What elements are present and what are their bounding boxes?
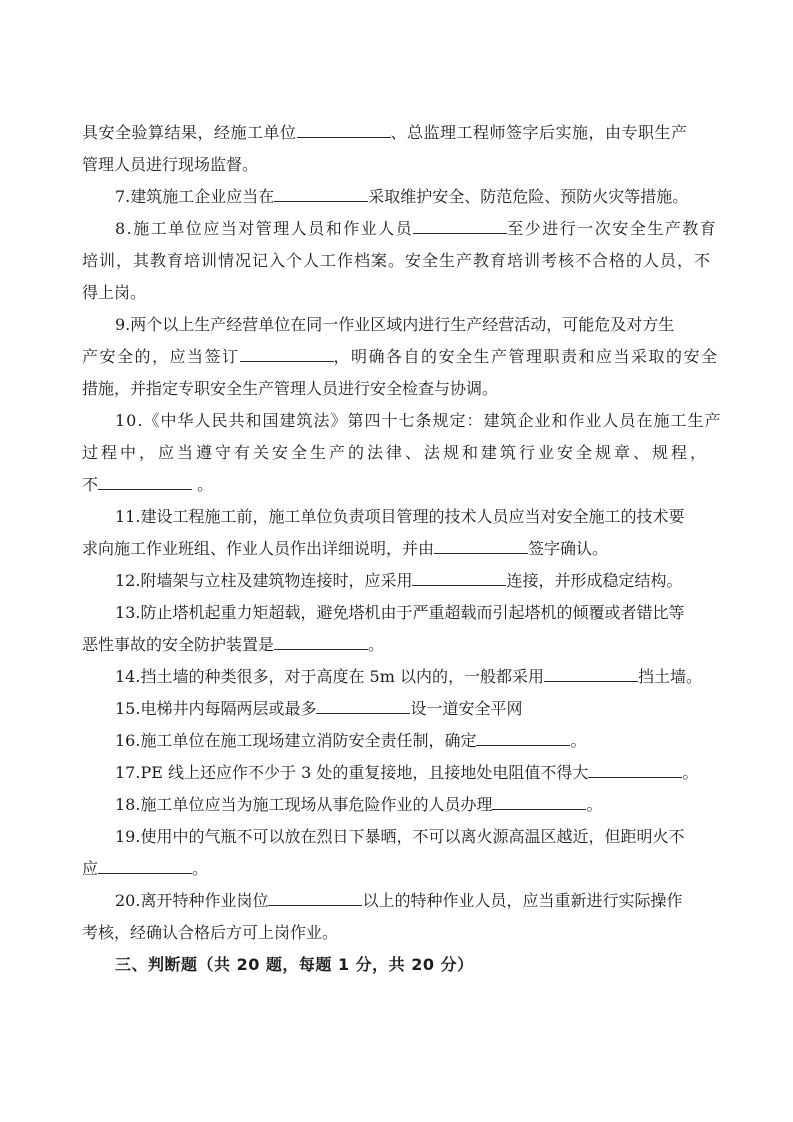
question-7: 7.建筑施工企业应当在采取维护安全、防范危险、预防火灾等措施。 [82, 181, 726, 213]
text-run: 。 [368, 635, 384, 654]
text-run: 11.建设工程施工前，施工单位负责项目管理的技术人员应当对安全施工的技术要 [115, 507, 684, 526]
question-8-line-3: 得上岗。 [82, 277, 726, 309]
fill-in-blank-underline [240, 347, 334, 362]
question-6-continuation-line-1: 具安全验算结果，经施工单位、总监理工程师签字后实施，由专职生产 [82, 117, 726, 149]
text-run: 产安全的，应当签订 [82, 347, 240, 366]
question-9-line-3: 措施，并指定专职安全生产管理人员进行安全检查与协调。 [82, 373, 726, 405]
text-run: 采取维护安全、防范危险、预防火灾等措施。 [368, 187, 688, 206]
document-body: 具安全验算结果，经施工单位、总监理工程师签字后实施，由专职生产管理人员进行现场监… [82, 117, 726, 981]
fill-in-blank-underline [588, 763, 682, 778]
fill-in-blank-underline [434, 539, 528, 554]
text-run: 至少进行一次安全生产教育 [507, 219, 717, 238]
question-6-continuation-line-2: 管理人员进行现场监督。 [82, 149, 726, 181]
text-run: 签字确认。 [528, 539, 608, 558]
question-8-line-1: 8.施工单位应当对管理人员和作业人员至少进行一次安全生产教育 [82, 213, 726, 245]
text-run: 求向施工作业班组、作业人员作出详细说明，并由 [82, 539, 434, 558]
text-run: 10.《中华人民共和国建筑法》第四十七条规定：建筑企业和作业人员在施工生产 [115, 411, 721, 430]
question-9-line-1: 9.两个以上生产经营单位在同一作业区域内进行生产经营活动，可能危及对方生 [82, 309, 726, 341]
question-10-line-2: 过程中，应当遵守有关安全生产的法律、法规和建筑行业安全规章、规程， [82, 437, 726, 469]
question-9-line-2: 产安全的，应当签订，明确各自的安全生产管理职责和应当采取的安全 [82, 341, 726, 373]
text-run: 。 [570, 731, 586, 750]
question-12: 12.附墙架与立柱及建筑物连接时，应采用连接，并形成稳定结构。 [82, 565, 726, 597]
text-run: 。 [192, 859, 208, 878]
question-10-line-1: 10.《中华人民共和国建筑法》第四十七条规定：建筑企业和作业人员在施工生产 [82, 405, 726, 437]
question-19-line-2: 应。 [82, 853, 726, 885]
text-run: 培训，其教育培训情况记入个人工作档案。安全生产教育培训考核不合格的人员，不 [82, 251, 711, 270]
text-run: 管理人员进行现场监督。 [82, 155, 258, 174]
text-run: 、总监理工程师签字后实施，由专职生产 [391, 123, 688, 142]
text-run: 20.离开特种作业岗位 [115, 891, 268, 910]
question-13-line-1: 13.防止塔机起重力矩超载，避免塔机由于严重超载而引起塔机的倾覆或者错比等 [82, 597, 726, 629]
text-run: 17.PE 线上还应作不少于 3 处的重复接地，且接地处电阻值不得大 [115, 763, 588, 782]
text-run: 16.施工单位在施工现场建立消防安全责任制，确定 [115, 731, 476, 750]
question-19-line-1: 19.使用中的气瓶不可以放在烈日下暴晒，不可以离火源高温区越近，但距明火不 [82, 821, 726, 853]
fill-in-blank-underline [274, 187, 368, 202]
text-run: 考核，经确认合格后方可上岗作业。 [82, 923, 338, 942]
fill-in-blank-underline [412, 571, 506, 586]
text-run: 。 [192, 475, 213, 494]
question-16: 16.施工单位在施工现场建立消防安全责任制，确定。 [82, 725, 726, 757]
question-11-line-2: 求向施工作业班组、作业人员作出详细说明，并由签字确认。 [82, 533, 726, 565]
text-run: 以上的特种作业人员，应当重新进行实际操作 [362, 891, 682, 910]
document-page: 具安全验算结果，经施工单位、总监理工程师签字后实施，由专职生产管理人员进行现场监… [0, 0, 793, 1122]
question-13-line-2: 恶性事故的安全防护装置是。 [82, 629, 726, 661]
question-20-line-1: 20.离开特种作业岗位以上的特种作业人员，应当重新进行实际操作 [82, 885, 726, 917]
text-run: 9.两个以上生产经营单位在同一作业区域内进行生产经营活动，可能危及对方生 [115, 315, 674, 334]
text-run: 恶性事故的安全防护装置是 [82, 635, 274, 654]
text-run: 15.电梯井内每隔两层或最多 [115, 699, 316, 718]
text-run: 具安全验算结果，经施工单位 [82, 123, 297, 142]
fill-in-blank-underline [476, 731, 570, 746]
text-run: 挡土墙。 [638, 667, 702, 686]
fill-in-blank-underline [98, 859, 192, 874]
question-18: 18.施工单位应当为施工现场从事危险作业的人员办理。 [82, 789, 726, 821]
text-run: 三、判断题（共 20 题，每题 1 分，共 20 分） [115, 955, 474, 974]
text-run: 14.挡土墙的种类很多，对于高度在 5m 以内的，一般都采用 [115, 667, 544, 686]
text-run: 。 [586, 795, 602, 814]
text-run: 8.施工单位应当对管理人员和作业人员 [115, 219, 413, 238]
fill-in-blank-underline [98, 475, 192, 490]
text-run: 过程中，应当遵守有关安全生产的法律、法规和建筑行业安全规章、规程， [82, 443, 709, 462]
text-run: 应 [82, 859, 98, 878]
text-run: ，明确各自的安全生产管理职责和应当采取的安全 [334, 347, 719, 366]
text-run: 措施，并指定专职安全生产管理人员进行安全检查与协调。 [82, 379, 498, 398]
question-10-line-3: 不 。 [82, 469, 726, 501]
text-run: 。 [682, 763, 698, 782]
question-20-line-2: 考核，经确认合格后方可上岗作业。 [82, 917, 726, 949]
text-run: 设一道安全平网 [410, 699, 522, 718]
question-11-line-1: 11.建设工程施工前，施工单位负责项目管理的技术人员应当对安全施工的技术要 [82, 501, 726, 533]
text-run: 不 [82, 475, 98, 494]
fill-in-blank-underline [413, 219, 507, 234]
question-17: 17.PE 线上还应作不少于 3 处的重复接地，且接地处电阻值不得大。 [82, 757, 726, 789]
question-8-line-2: 培训，其教育培训情况记入个人工作档案。安全生产教育培训考核不合格的人员，不 [82, 245, 726, 277]
section-3-header: 三、判断题（共 20 题，每题 1 分，共 20 分） [82, 949, 726, 981]
text-run: 19.使用中的气瓶不可以放在烈日下暴晒，不可以离火源高温区越近，但距明火不 [115, 827, 684, 846]
question-14: 14.挡土墙的种类很多，对于高度在 5m 以内的，一般都采用挡土墙。 [82, 661, 726, 693]
question-15: 15.电梯井内每隔两层或最多设一道安全平网 [82, 693, 726, 725]
fill-in-blank-underline [316, 699, 410, 714]
text-run: 12.附墙架与立柱及建筑物连接时，应采用 [115, 571, 412, 590]
fill-in-blank-underline [268, 891, 362, 906]
fill-in-blank-underline [274, 635, 368, 650]
text-run: 7.建筑施工企业应当在 [115, 187, 274, 206]
text-run: 连接，并形成稳定结构。 [506, 571, 682, 590]
text-run: 13.防止塔机起重力矩超载，避免塔机由于严重超载而引起塔机的倾覆或者错比等 [115, 603, 684, 622]
fill-in-blank-underline [544, 667, 638, 682]
fill-in-blank-underline [492, 795, 586, 810]
text-run: 得上岗。 [82, 283, 146, 302]
fill-in-blank-underline [297, 123, 391, 138]
text-run: 18.施工单位应当为施工现场从事危险作业的人员办理 [115, 795, 492, 814]
